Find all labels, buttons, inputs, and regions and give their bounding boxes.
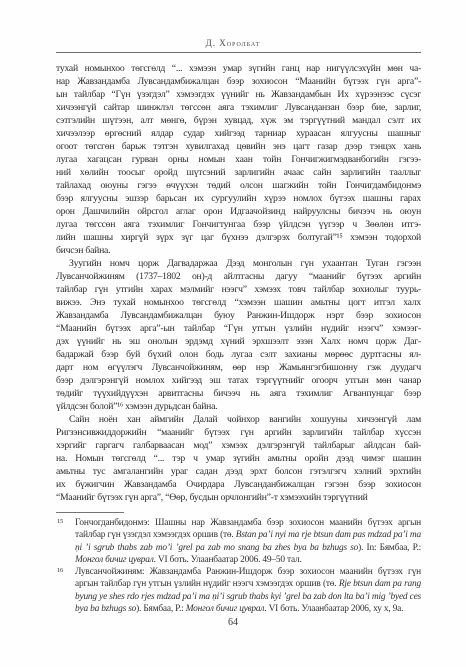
body-line: бадаржай бээр буй бүхий олон бодь лугаа … xyxy=(56,348,421,361)
footnote: 15Гончогданбидонмэ: Шашны нар Жавзандамб… xyxy=(56,517,421,566)
document-page: Д. Хоролбат тухай номынхоо төгсгөлд “...… xyxy=(0,0,466,667)
body-line: вижээ. Энэ тухай номынхоо төгсгөлд “хэмэ… xyxy=(56,296,421,309)
footnote-marker: 16 xyxy=(57,565,63,577)
body-line: огоот төгсгөн барьж тэтгэн хувилгахад цө… xyxy=(56,140,421,153)
body-line: на. Номын төгсгөлд “... тэр ч умар зүгий… xyxy=(56,452,421,465)
body-line: сэтгэлийн шүтээн, алт мөнгө, бүрэн хувца… xyxy=(56,114,421,127)
body-text: тухай номынхоо төгсгөлд “... хэмээн умар… xyxy=(56,62,421,504)
running-header: Д. Хоролбат xyxy=(0,38,466,48)
footnote-marker: 15 xyxy=(57,516,63,528)
body-line: ний хөлийн тоосыг оройд шүтсэний зарлиги… xyxy=(56,166,421,179)
header-rule xyxy=(56,52,421,53)
running-header-author: Д. Хоролбат xyxy=(206,38,261,48)
body-line: нар Жавзандамба Лувсандамбижалцан бээр з… xyxy=(56,75,421,88)
footnote-text-segment: Монгол бичиг цуврал xyxy=(186,604,265,614)
body-line: тайлбар гүн утгийн харах мэлмийг нээгч” … xyxy=(56,283,421,296)
footnote-text-segment: Монгол бичиг цуврал xyxy=(75,555,154,565)
paragraph: Сайн ноён хан аймгийн Далай чойнхор ванг… xyxy=(56,413,421,504)
body-line: орон Дашчилийн ойрсгол аглаг орон Идгаач… xyxy=(56,205,421,218)
body-line: бичсэн байна. xyxy=(56,244,421,257)
body-line: амьтны тус амгалангийн ураг садан дээд э… xyxy=(56,465,421,478)
body-line: их бүжигчин Жавзандамба Очирдара Лувсанд… xyxy=(56,478,421,491)
body-line: лугаа хагацсан гурван орны номын хаан то… xyxy=(56,153,421,166)
body-line: лийн шашны хиргүй зүрх зүг цаг бүхнээ дэ… xyxy=(56,231,421,244)
body-line: “Маанийг бүтээх гүн арга”, “Өөр, бусдын … xyxy=(56,491,421,504)
body-line: лугаа төгссөн аяга тэхимлиг Гончигтунгаа… xyxy=(56,218,421,231)
body-line: тайлахад оюуны гэгээ өчүүхэн төдий олсон… xyxy=(56,179,421,192)
body-line: үйлдсэн болой”¹⁶ хэмээн дурьдсан байна. xyxy=(56,400,421,413)
paragraph: тухай номынхоо төгсгөлд “... хэмээн умар… xyxy=(56,62,421,257)
body-line: хичээлээр өргөсний ялдар судар хийгээд т… xyxy=(56,127,421,140)
footnote-separator xyxy=(56,512,124,513)
body-line: бээр дэлгэрэнгүй номлох хийгээд эш татах… xyxy=(56,374,421,387)
body-line: Сайн ноён хан аймгийн Далай чойнхор ванг… xyxy=(56,413,421,426)
body-line: хичээнгүй сайтар шинжлэл төгссөн аяга тэ… xyxy=(56,101,421,114)
body-line: ын тайлбар “Гүн үзэгдэл” хэмээгдэх үүний… xyxy=(56,88,421,101)
page-number: 64 xyxy=(0,617,466,628)
body-line: Жавзандамба Лувсандамбижалцан буюу Ранжи… xyxy=(56,309,421,322)
footnote: 16Лувсанчойжиням: Жавзандамба Ранжин-Ишд… xyxy=(56,566,421,615)
footnote-text-segment: ). In: Бямбаа, Р.: xyxy=(358,543,421,553)
body-line: бээр ялгуусны эшзэр барьсан их сургуулий… xyxy=(56,192,421,205)
body-line: төдийг түүхийдүүхэн арвитгасны бичээч нь… xyxy=(56,387,421,400)
footnotes: 15Гончогданбидонмэ: Шашны нар Жавзандамб… xyxy=(56,517,421,615)
footnote-text-segment: . VI боть. Улаанбаатар 2006. 49–50 тал. xyxy=(154,555,302,565)
footnote-text-segment: ). Бямбаа, Р.: xyxy=(136,604,186,614)
body-line: хэргийг гаргагч галбарваасан мод” хэмээх… xyxy=(56,439,421,452)
body-line: дэх үүнийг нь эш онолын эрдэмд хүний эрх… xyxy=(56,335,421,348)
body-line: Ригзэнсивжиддоржийн “маанийг бүтээх гүн … xyxy=(56,426,421,439)
body-line: Лувсанчойжиням (1737–1802 он)-д айлтгасн… xyxy=(56,270,421,283)
body-line: тухай номынхоо төгсгөлд “... хэмээн умар… xyxy=(56,62,421,75)
footnote-text-segment: . VI боть. Улаанбаатар 2006, ху х, 9а. xyxy=(264,604,403,614)
body-line: дарт ном өгүүлэгч Лувсанчойжиням, өөр нэ… xyxy=(56,361,421,374)
body-line: “Маанийн бүтээх арга”-ын тайлбар “Гүн ут… xyxy=(56,322,421,335)
paragraph: Зуугийн номч цорж Дагвадаржаа Дээд монго… xyxy=(56,257,421,413)
body-line: Зуугийн номч цорж Дагвадаржаа Дээд монго… xyxy=(56,257,421,270)
